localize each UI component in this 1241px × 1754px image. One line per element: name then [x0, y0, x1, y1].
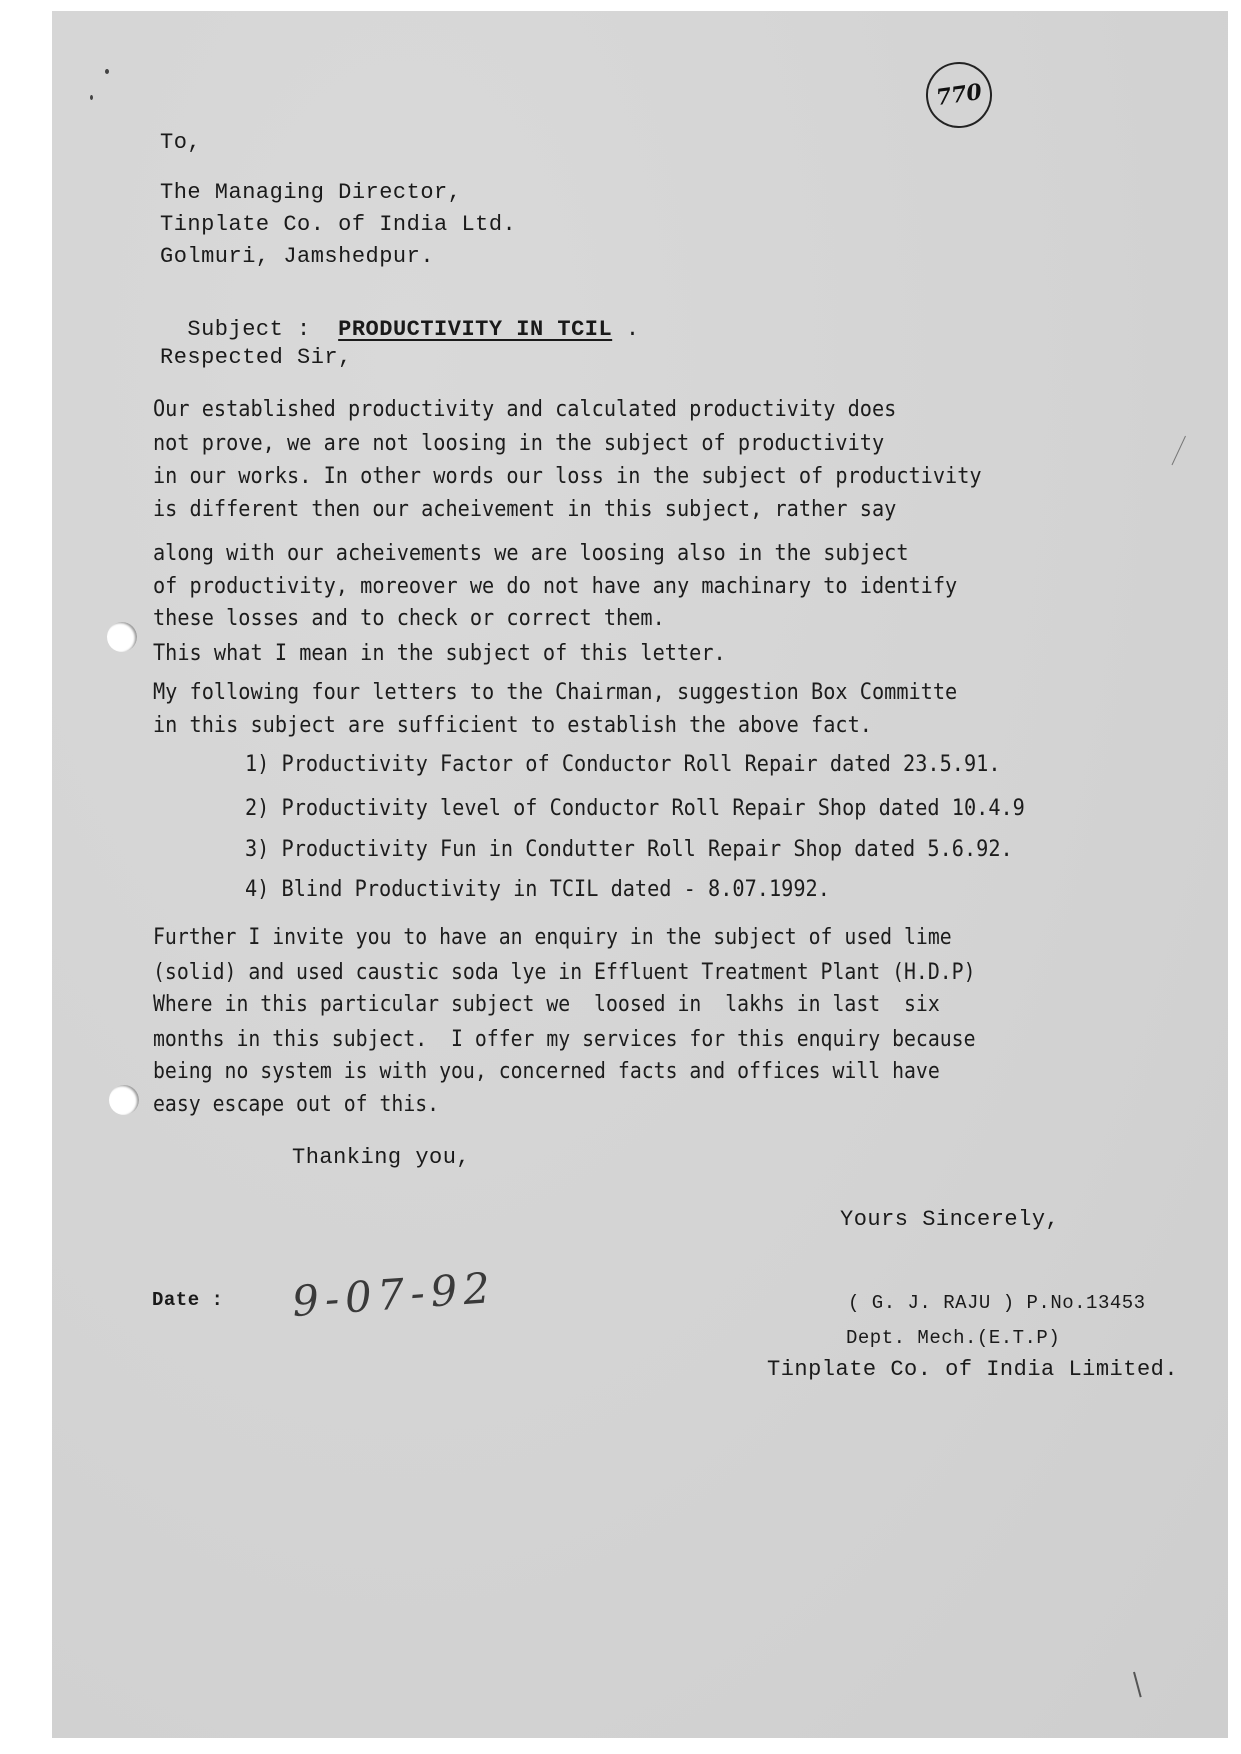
date-label: Date : — [152, 1289, 223, 1311]
closing-sign-off: Yours Sincerely, — [840, 1207, 1059, 1232]
closing-thanks: Thanking you, — [292, 1145, 470, 1170]
body-line: being no system is with you, concerned f… — [153, 1059, 940, 1084]
subject-end: . — [626, 317, 640, 342]
body-line: This what I mean in the subject of this … — [153, 641, 726, 666]
punch-hole-upper — [107, 622, 137, 652]
body-line: along with our acheivements we are loosi… — [153, 541, 909, 566]
body-line: Where in this particular subject we loos… — [153, 992, 940, 1017]
list-item: 4) Blind Productivity in TCIL dated - 8.… — [245, 877, 830, 902]
scanned-paper-sheet — [52, 11, 1228, 1738]
body-line: (solid) and used caustic soda lye in Eff… — [153, 960, 976, 985]
subject-line: Subject : PRODUCTIVITY IN TCIL . — [160, 292, 640, 342]
signature-name: ( G. J. RAJU ) P.No.13453 — [848, 1292, 1146, 1314]
body-line: Further I invite you to have an enquiry … — [153, 925, 952, 950]
signature-company: Tinplate Co. of India Limited. — [767, 1357, 1178, 1382]
speck — [90, 95, 93, 100]
recipient-line-3: Golmuri, Jamshedpur. — [160, 244, 434, 269]
list-item: 1) Productivity Factor of Conductor Roll… — [245, 752, 1001, 777]
speck — [105, 69, 109, 74]
punch-hole-lower — [109, 1085, 139, 1115]
body-line: months in this subject. I offer my servi… — [153, 1027, 976, 1052]
body-line: in our works. In other words our loss in… — [153, 464, 982, 489]
salutation-to: To, — [160, 130, 201, 155]
body-line: My following four letters to the Chairma… — [153, 680, 957, 705]
recipient-line-1: The Managing Director, — [160, 180, 461, 205]
body-line: in this subject are sufficient to establ… — [153, 713, 872, 738]
list-item: 2) Productivity level of Conductor Roll … — [245, 796, 1025, 821]
body-line: is different then our acheivement in thi… — [153, 497, 896, 522]
body-line: Our established productivity and calcula… — [153, 397, 896, 422]
body-line: these losses and to check or correct the… — [153, 606, 665, 631]
subject-label: Subject : — [187, 317, 310, 342]
body-line: not prove, we are not loosing in the sub… — [153, 431, 884, 456]
greeting: Respected Sir, — [160, 345, 352, 370]
recipient-line-2: Tinplate Co. of India Ltd. — [160, 212, 516, 237]
body-line: of productivity, moreover we do not have… — [153, 574, 957, 599]
subject-title: PRODUCTIVITY IN TCIL — [338, 317, 612, 342]
body-line: easy escape out of this. — [153, 1092, 439, 1117]
signature-department: Dept. Mech.(E.T.P) — [846, 1327, 1060, 1349]
list-item: 3) Productivity Fun in Condutter Roll Re… — [245, 837, 1013, 862]
